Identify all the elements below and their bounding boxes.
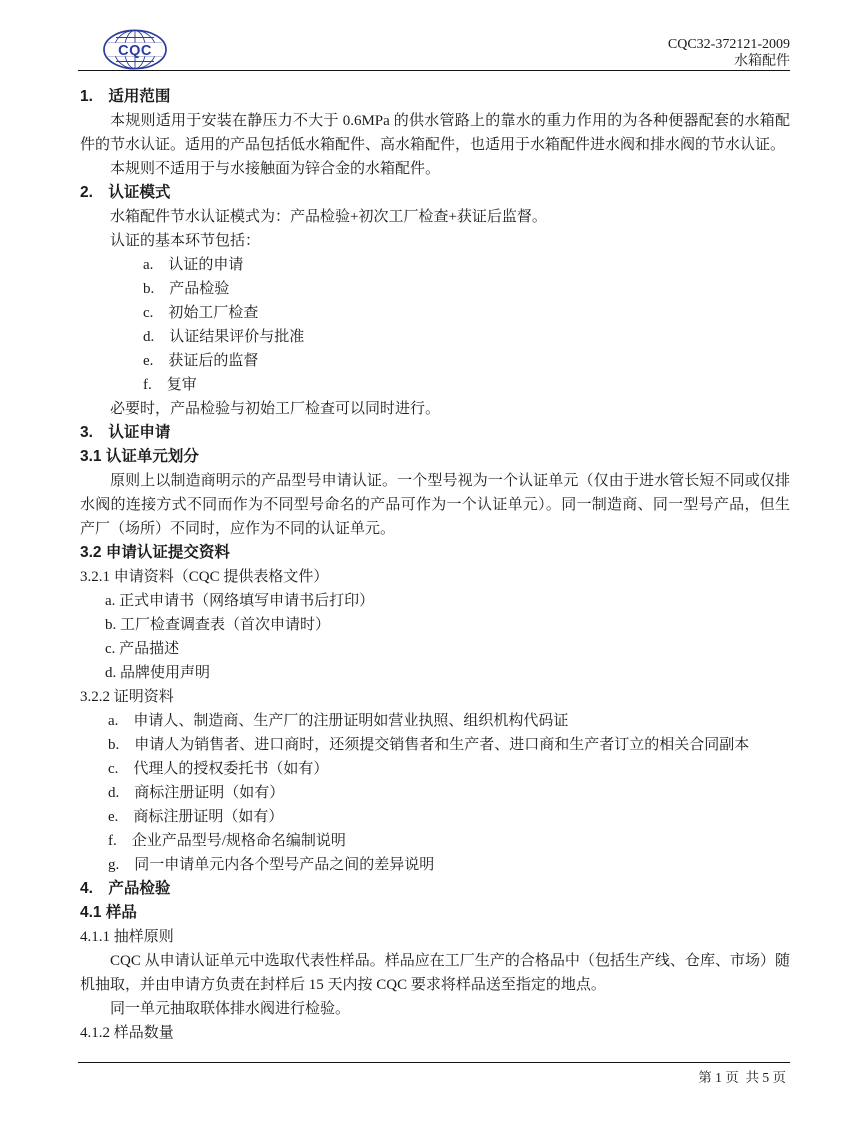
list-item: d. 品牌使用声明	[80, 661, 790, 685]
list-item: a. 认证的申请	[80, 253, 790, 277]
list-item: d. 认证结果评价与批准	[80, 325, 790, 349]
header-divider	[78, 70, 790, 71]
list-item: c. 产品描述	[80, 637, 790, 661]
cqc-logo-text: CQC	[118, 43, 152, 59]
list-item: a. 申请人、制造商、生产厂的注册证明如营业执照、组织机构代码证	[80, 709, 790, 733]
list-item: d. 商标注册证明（如有）	[80, 781, 790, 805]
list-item: b. 产品检验	[80, 277, 790, 301]
section-heading: 4.1 样品	[80, 901, 790, 925]
doc-number: CQC32-372121-2009	[668, 36, 790, 53]
list-item: g. 同一申请单元内各个型号产品之间的差异说明	[80, 853, 790, 877]
section-heading: 2. 认证模式	[80, 181, 790, 205]
page-number: 第 1 页 共 5 页	[698, 1066, 786, 1086]
list-item: e. 商标注册证明（如有）	[80, 805, 790, 829]
list-item: c. 代理人的授权委托书（如有）	[80, 757, 790, 781]
footer-divider	[78, 1062, 790, 1063]
list-item: c. 初始工厂检查	[80, 301, 790, 325]
paragraph: 同一单元抽取联体排水阀进行检验。	[80, 997, 790, 1021]
section-heading: 3.2 申请认证提交资料	[80, 541, 790, 565]
doc-category: 水箱配件	[668, 53, 790, 70]
paragraph: 认证的基本环节包括：	[80, 229, 790, 253]
list-item: a. 正式申请书（网络填写申请书后打印）	[80, 589, 790, 613]
paragraph: 原则上以制造商明示的产品型号申请认证。一个型号视为一个认证单元（仅由于进水管长短…	[80, 469, 790, 541]
list-item: b. 工厂检查调查表（首次申请时）	[80, 613, 790, 637]
document-body: 1. 适用范围 本规则适用于安装在静压力不大于 0.6MPa 的供水管路上的靠水…	[80, 85, 790, 1045]
header-right: CQC32-372121-2009 水箱配件	[668, 36, 790, 70]
cqc-logo: CQC	[102, 29, 168, 70]
subsection-heading: 3.2.1 申请资料（CQC 提供表格文件）	[80, 565, 790, 589]
document-page: CQC CQC32-372121-2009 水箱配件 1. 适用范围 本规则适用…	[0, 0, 866, 1122]
paragraph: CQC 从申请认证单元中选取代表性样品。样品应在工厂生产的合格品中（包括生产线、…	[80, 949, 790, 997]
paragraph: 水箱配件节水认证模式为：产品检验+初次工厂检查+获证后监督。	[80, 205, 790, 229]
list-item: f. 企业产品型号/规格命名编制说明	[80, 829, 790, 853]
list-item: e. 获证后的监督	[80, 349, 790, 373]
section-heading: 3.1 认证单元划分	[80, 445, 790, 469]
list-item: b. 申请人为销售者、进口商时，还须提交销售者和生产者、进口商和生产者订立的相关…	[80, 733, 790, 757]
subsection-heading: 4.1.2 样品数量	[80, 1021, 790, 1045]
subsection-heading: 3.2.2 证明资料	[80, 685, 790, 709]
section-heading: 1. 适用范围	[80, 85, 790, 109]
paragraph: 必要时，产品检验与初始工厂检查可以同时进行。	[80, 397, 790, 421]
paragraph: 本规则适用于安装在静压力不大于 0.6MPa 的供水管路上的靠水的重力作用的为各…	[80, 109, 790, 157]
section-heading: 3. 认证申请	[80, 421, 790, 445]
list-item: f. 复审	[80, 373, 790, 397]
subsection-heading: 4.1.1 抽样原则	[80, 925, 790, 949]
section-heading: 4. 产品检验	[80, 877, 790, 901]
paragraph: 本规则不适用于与水接触面为锌合金的水箱配件。	[80, 157, 790, 181]
